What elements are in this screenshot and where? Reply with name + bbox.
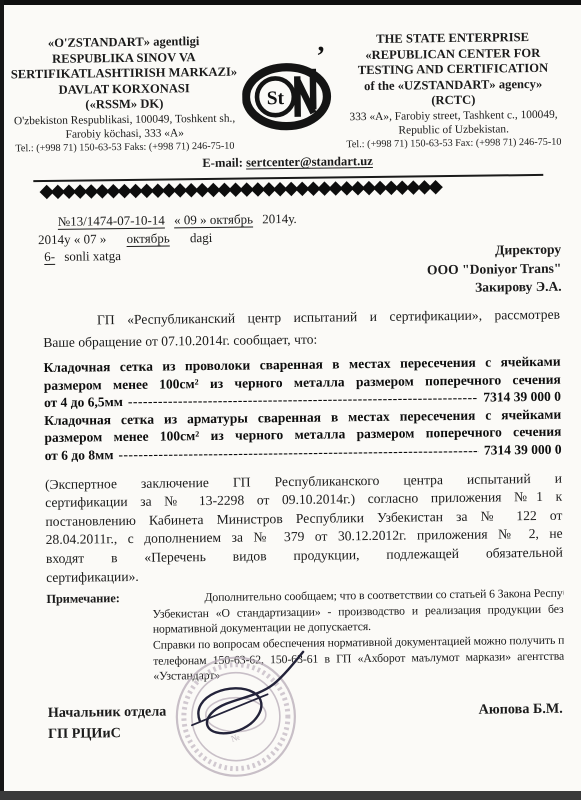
intro-paragraph: ГП «Республиканский центр испытаний и се… xyxy=(43,304,560,354)
product1-paragraph: Кладочная сетка из проволоки сваренная в… xyxy=(43,353,561,412)
addressee-person: Закирову Э.А. xyxy=(427,278,562,298)
svg-text:St: St xyxy=(267,88,285,109)
letterhead-english: THE STATE ENTERPRISE «REPUBLICAN CENTER … xyxy=(334,29,577,151)
scan-edge-top xyxy=(0,0,581,5)
email-line: E-mail: sertcenter@standart.uz xyxy=(0,151,578,173)
signer-name: Аюпова Б.М. xyxy=(479,700,563,718)
dash-filler: ----------------------------------------… xyxy=(118,442,479,464)
logo-apostrophe: ’ xyxy=(316,44,326,71)
incoming-month: октябрь xyxy=(109,230,186,246)
product2-paragraph: Кладочная сетка из арматуры сваренная в … xyxy=(44,405,562,464)
addressee-company: ООО "Doniyor Trans" xyxy=(427,259,562,279)
phone-fax-uz: Tel.: (+998 71) 150-63-53 Faks: (+998 71… xyxy=(7,139,243,155)
letter-body: ГП «Республиканский центр испытаний и се… xyxy=(43,304,566,800)
incoming-dagi: dagi xyxy=(190,229,213,244)
address-uz: O'zbekiston Respublikasi, 100049, Toshke… xyxy=(6,111,242,128)
incoming-year: 2014у « 07 » xyxy=(38,231,106,247)
incoming-number: 6- xyxy=(38,249,61,264)
conclusion-paragraph: (Экспертное заключение ГП Республиканско… xyxy=(45,469,563,587)
scan-edge-left xyxy=(0,0,4,800)
phone-fax-en: Tel.: (+998 71) 150-63-53 Fax: (+998 71)… xyxy=(335,135,573,151)
product1-hs-code: 7314 39 000 0 xyxy=(483,388,561,407)
letterhead: «O'ZSTANDART» agentligi RESPUBLIKA SINOV… xyxy=(0,29,578,155)
address-en: 333 «A», Farobiy street, Tashkent c., 10… xyxy=(334,107,572,124)
scan-edge-bottom xyxy=(0,791,581,800)
incoming-suffix: sonli xatga xyxy=(64,248,121,264)
email-address: sertcenter@standart.uz xyxy=(246,154,373,170)
letterhead-uzbek: «O'ZSTANDART» agentligi RESPUBLIKA SINOV… xyxy=(0,34,243,156)
addressee-title: Директору xyxy=(427,241,562,261)
ref-year: 2014у. xyxy=(262,211,297,226)
product2-hs-code: 7314 39 000 0 xyxy=(484,441,562,460)
addressee: Директору ООО "Doniyor Trans" Закирову Э… xyxy=(427,241,562,298)
product1-size: от 4 до 6,5мм xyxy=(44,393,123,412)
letter-content: «O'ZSTANDART» agentligi RESPUBLIKA SINOV… xyxy=(0,0,581,800)
outgoing-reference: №13/1474-07-10-14 « 09 » октябрь 2014у. … xyxy=(38,210,298,266)
uzstandart-logo: St ’ xyxy=(242,32,335,146)
reference-block: №13/1474-07-10-14 « 09 » октябрь 2014у. … xyxy=(0,200,580,304)
ref-date: « 09 » октябрь xyxy=(168,211,259,227)
note-label: Примечание: xyxy=(46,591,153,686)
email-label: E-mail: xyxy=(202,156,243,170)
product2-size: от 6 до 8мм xyxy=(45,446,114,464)
signature-block: № Начальник отдела ГП РЦИиС Аюпова Б.М. xyxy=(48,696,566,748)
scanned-letter: «O'ZSTANDART» agentligi RESPUBLIKA SINOV… xyxy=(0,0,581,800)
ref-number: №13/1474-07-10-14 xyxy=(58,213,165,229)
